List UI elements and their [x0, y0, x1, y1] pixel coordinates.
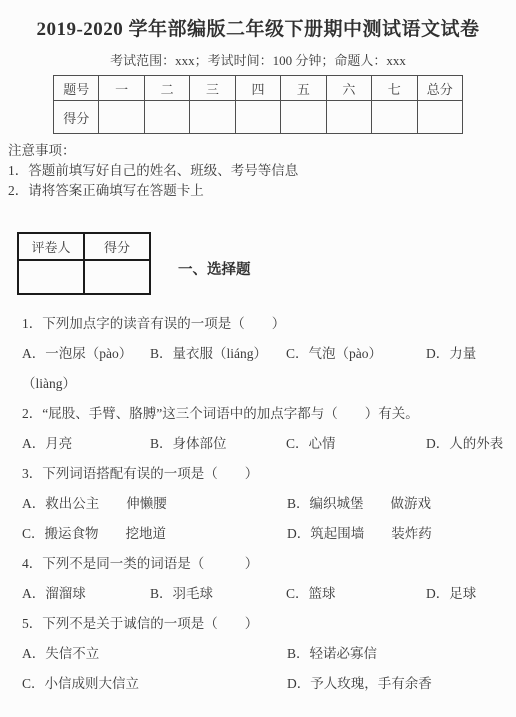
score-row-label: 得分 [54, 101, 99, 134]
question-1-option-d-continuation: （liàng） [22, 369, 516, 399]
score-cell [235, 101, 280, 134]
score-cell [326, 101, 371, 134]
option-d: D．筑起围墙 装炸药 [287, 519, 432, 549]
score-table-col-2: 二 [144, 76, 189, 101]
score-table-col-1: 一 [99, 76, 144, 101]
score-table-score-row: 得分 [54, 101, 463, 134]
score-summary-table: 题号 一 二 三 四 五 六 七 总分 得分 [53, 75, 463, 134]
section-title-choice: 一、选择题 [178, 258, 251, 279]
page-title: 2019-2020 学年部编版二年级下册期中测试语文试卷 [0, 14, 516, 41]
question-2-text: 2．“屁股、手臂、胳膊”这三个词语中的加点字都与（ ）有关。 [22, 399, 516, 429]
question-3-options-row-2: C．搬运食物 挖地道 D．筑起围墙 装炸药 [22, 519, 516, 549]
question-1-text: 1．下列加点字的读音有误的一项是（ ） [22, 309, 516, 339]
option-d: D．足球 [426, 579, 476, 609]
grader-score-label: 得分 [84, 233, 150, 260]
option-a: A．失信不立 [22, 639, 287, 669]
option-c: C．搬运食物 挖地道 [22, 519, 287, 549]
option-b: B．量衣服（liáng） [150, 339, 286, 369]
notice-item: 1．答题前填写好自己的姓名、班级、考号等信息 [8, 161, 516, 181]
option-d: D．力量 [426, 339, 476, 369]
question-4-options: A．溜溜球 B．羽毛球 C．篮球 D．足球 [22, 579, 516, 609]
option-c: C．小信成则大信立 [22, 669, 287, 699]
exam-paper-page: 2019-2020 学年部编版二年级下册期中测试语文试卷 考试范围：xxx；考试… [0, 0, 516, 717]
exam-meta-line: 考试范围：xxx；考试时间：100 分钟；命题人：xxx [0, 50, 516, 69]
score-table-col-5: 五 [281, 76, 326, 101]
grader-cell [84, 260, 150, 294]
grader-table-header-row: 评卷人 得分 [18, 233, 150, 260]
score-cell [281, 101, 326, 134]
score-cell [190, 101, 235, 134]
option-c: C．心情 [286, 429, 426, 459]
question-3-text: 3．下列词语搭配有误的一项是（ ） [22, 459, 516, 489]
grader-block: 评卷人 得分 一、选择题 [17, 232, 516, 295]
option-b: B．编织城堡 做游戏 [287, 489, 431, 519]
question-3-options-row-1: A．救出公主 伸懒腰 B．编织城堡 做游戏 [22, 489, 516, 519]
score-cell [372, 101, 417, 134]
score-cell [417, 101, 463, 134]
score-table-col-7: 七 [372, 76, 417, 101]
question-1-options: A．一泡尿（pào） B．量衣服（liáng） C．气泡（pào） D．力量 [22, 339, 516, 369]
grader-cell [18, 260, 84, 294]
score-table-col-4: 四 [235, 76, 280, 101]
option-b: B．轻诺必寡信 [287, 639, 377, 669]
score-table-header-row: 题号 一 二 三 四 五 六 七 总分 [54, 76, 463, 101]
option-d: D．人的外表 [426, 429, 503, 459]
option-a: A．一泡尿（pào） [22, 339, 150, 369]
question-5-text: 5．下列不是关于诚信的一项是（ ） [22, 609, 516, 639]
grader-table-blank-row [18, 260, 150, 294]
score-table-col-total: 总分 [417, 76, 463, 101]
question-5-options-row-2: C．小信成则大信立 D．予人玫瑰，手有余香 [22, 669, 516, 699]
score-table-col-6: 六 [326, 76, 371, 101]
questions-area: 1．下列加点字的读音有误的一项是（ ） A．一泡尿（pào） B．量衣服（liá… [22, 309, 516, 699]
option-c: C．气泡（pào） [286, 339, 426, 369]
option-a: A．月亮 [22, 429, 150, 459]
option-a: A．救出公主 伸懒腰 [22, 489, 287, 519]
notice-item: 2．请将答案正确填写在答题卡上 [8, 181, 516, 201]
notice-title: 注意事项： [8, 141, 516, 161]
score-table-col-label: 题号 [54, 76, 99, 101]
score-table-col-3: 三 [190, 76, 235, 101]
question-4-text: 4．下列不是同一类的词语是（ ） [22, 549, 516, 579]
option-a: A．溜溜球 [22, 579, 150, 609]
score-cell [99, 101, 144, 134]
option-b: B．身体部位 [150, 429, 286, 459]
grader-table: 评卷人 得分 [17, 232, 151, 295]
question-5-options-row-1: A．失信不立 B．轻诺必寡信 [22, 639, 516, 669]
option-c: C．篮球 [286, 579, 426, 609]
option-b: B．羽毛球 [150, 579, 286, 609]
notice-section: 注意事项： 1．答题前填写好自己的姓名、班级、考号等信息 2．请将答案正确填写在… [8, 141, 516, 201]
question-2-options: A．月亮 B．身体部位 C．心情 D．人的外表 [22, 429, 516, 459]
score-cell [144, 101, 189, 134]
grader-col-label: 评卷人 [18, 233, 84, 260]
option-d: D．予人玫瑰，手有余香 [287, 669, 432, 699]
